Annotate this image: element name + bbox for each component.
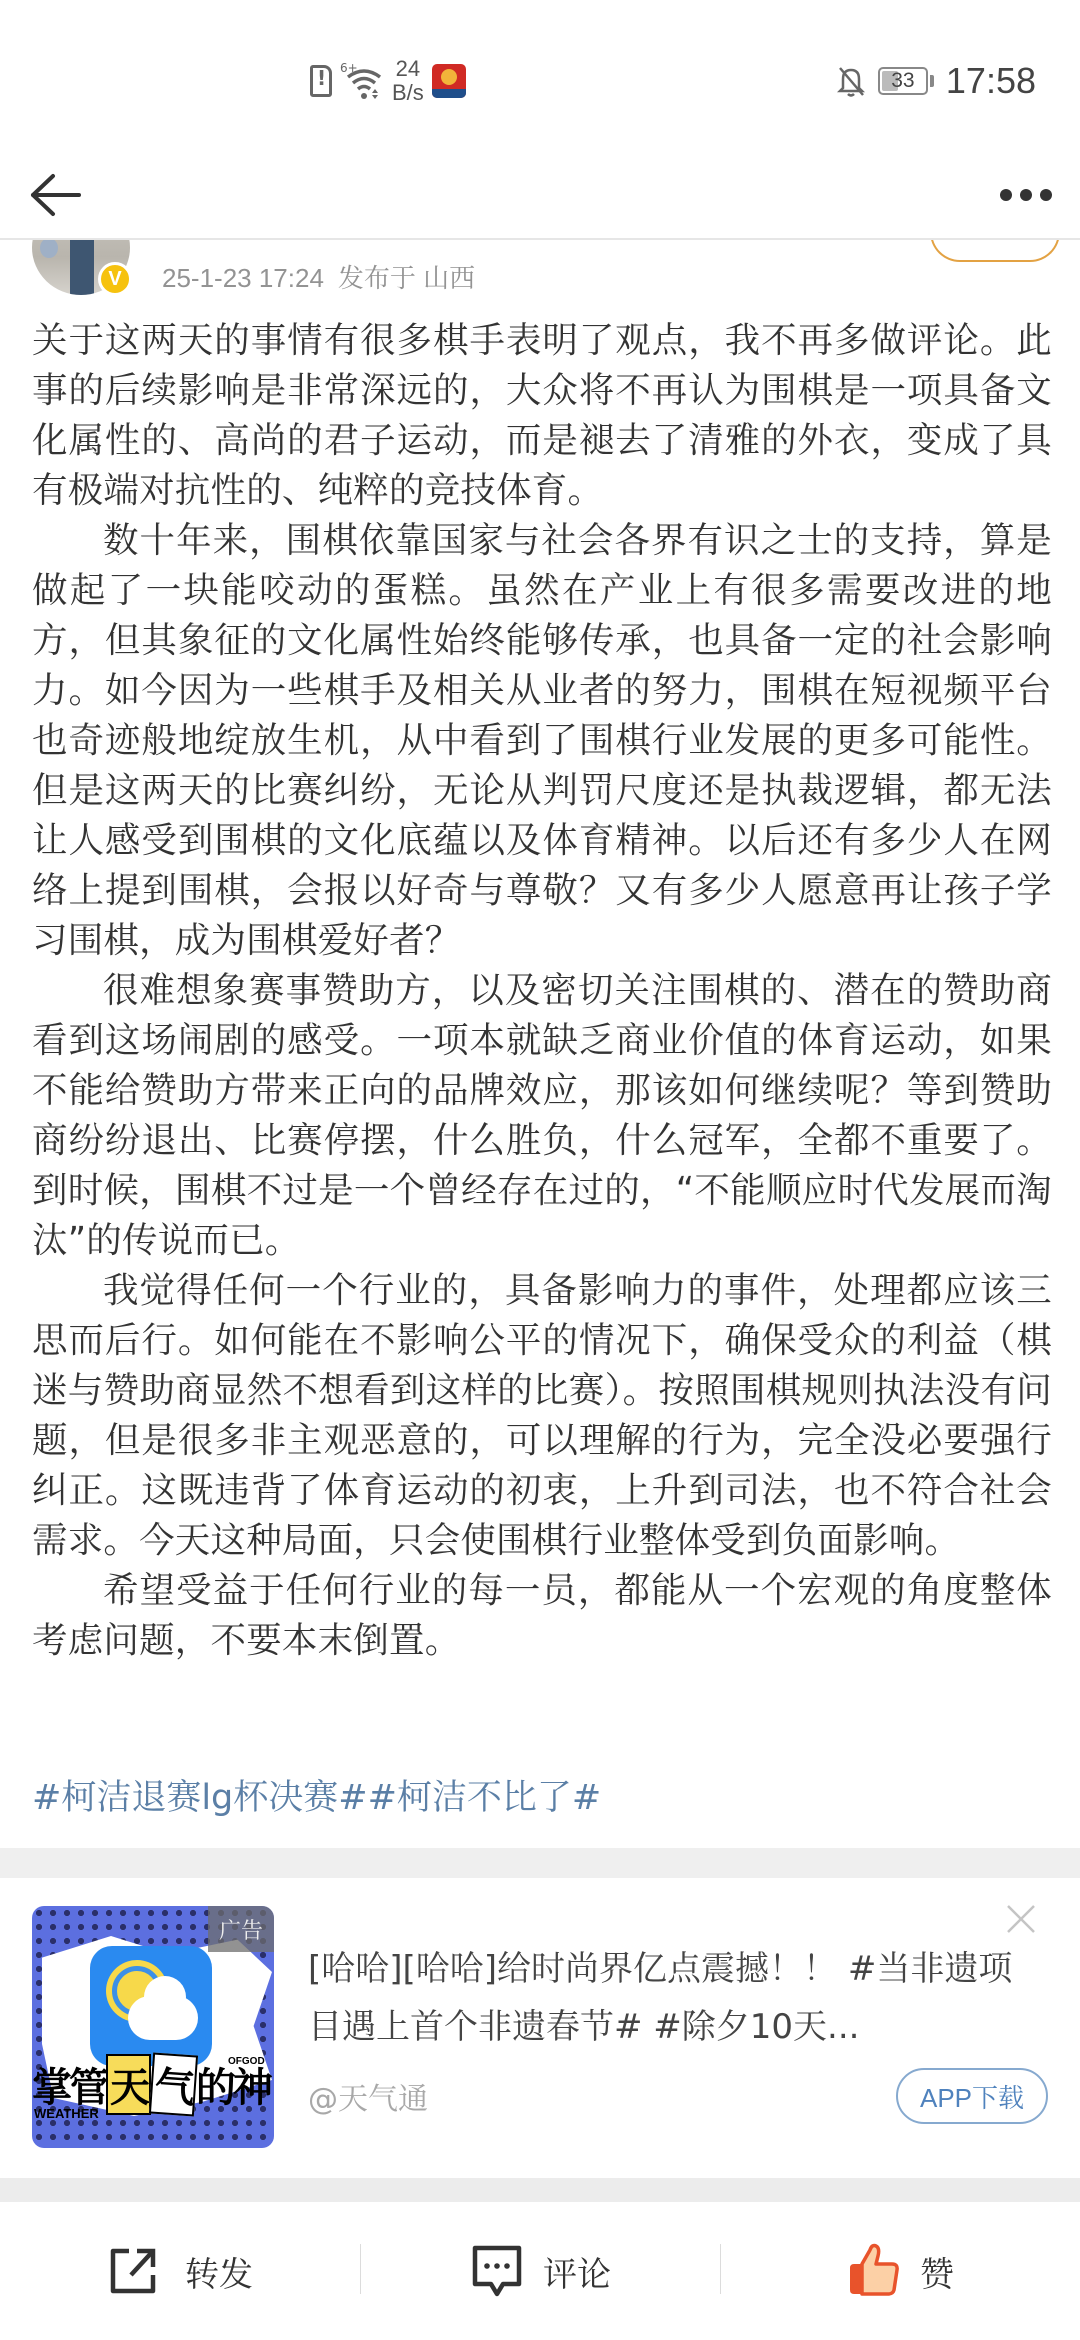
ad-close-button[interactable] [1004, 1902, 1038, 1936]
share-button[interactable]: 转发 [0, 2202, 360, 2340]
hashtag-link[interactable]: #柯洁不比了# [368, 1770, 602, 1820]
ad-label: 广告 [208, 1906, 274, 1952]
post-location: 发布于 山西 [338, 263, 475, 293]
ad-text[interactable]: [哈哈][哈哈]给时尚界亿点震撼！！ #当非遗项目遇上首个非遗春节# #除夕10… [308, 1940, 1028, 2056]
arrow-left-icon [25, 170, 85, 220]
comment-label: 评论 [543, 2247, 611, 2296]
share-icon [107, 2245, 167, 2297]
post-timestamp: 25-1-23 17:24 [162, 263, 324, 293]
bell-muted-icon [836, 64, 866, 98]
hashtag-link[interactable]: #柯洁退赛lg杯决赛# [32, 1770, 368, 1820]
post-paragraph: 我觉得任何一个行业的，具备影响力的事件，处理都应该三思而后行。如何能在不影响公平… [32, 1266, 1052, 1566]
close-icon [1004, 1902, 1038, 1936]
share-label: 转发 [185, 2247, 253, 2296]
battery-tip [930, 75, 934, 87]
like-button[interactable]: 赞 [720, 2202, 1080, 2340]
section-divider [0, 1848, 1080, 1878]
more-options-button[interactable] [986, 160, 1066, 230]
post-paragraph: 希望受益于任何行业的每一员，都能从一个宏观的角度整体考虑问题，不要本末倒置。 [32, 1566, 1052, 1666]
post-meta: 25-1-23 17:24发布于 山西 [162, 258, 475, 295]
post-paragraph: 很难想象赛事赞助方，以及密切关注围棋的、潜在的赞助商看到这场闹剧的感受。一项本就… [32, 966, 1052, 1266]
ad-card[interactable]: OFGOD 掌管天气的神 WEATHER 广告 [哈哈][哈哈]给时尚界亿点震撼… [0, 1878, 1080, 2178]
comment-button[interactable]: 评论 [360, 2202, 720, 2340]
post-body: 关于这两天的事情有很多棋手表明了观点，我不再多做评论。此事的后续影响是非常深远的… [32, 316, 1052, 1666]
top-nav-bar [0, 150, 1080, 240]
weather-app-icon [90, 1946, 212, 2066]
thumbs-up-icon [846, 2242, 902, 2300]
battery-level: 33 [891, 69, 914, 93]
app-download-button[interactable]: APP下载 [896, 2068, 1048, 2124]
hashtag-row: #柯洁退赛lg杯决赛##柯洁不比了# [32, 1770, 601, 1820]
status-indicators: 6+ 24 B/s [310, 56, 466, 106]
net-speed-unit: B/s [392, 81, 424, 105]
like-label: 赞 [920, 2247, 954, 2296]
comment-icon [469, 2244, 525, 2298]
status-bar: 6+ 24 B/s 33 17:58 [0, 0, 1080, 150]
network-speed: 24 B/s [392, 57, 424, 105]
police-app-icon [432, 64, 466, 98]
thumb-tag-weather: WEATHER [34, 2106, 99, 2121]
cloud-icon [128, 1996, 198, 2040]
back-button[interactable] [20, 160, 90, 230]
section-divider [0, 2178, 1080, 2202]
status-right: 33 17:58 [836, 56, 1036, 106]
status-time: 17:58 [946, 60, 1036, 102]
sim-alert-icon [310, 65, 332, 97]
post-paragraph: 数十年来，围棋依靠国家与社会各界有识之士的支持，算是做起了一块能咬动的蛋糕。虽然… [32, 516, 1052, 966]
battery-icon: 33 [878, 67, 928, 95]
ad-thumbnail[interactable]: OFGOD 掌管天气的神 WEATHER 广告 [32, 1906, 274, 2148]
ad-source[interactable]: @天气通 [308, 2074, 428, 2118]
bottom-action-bar: 转发 评论 赞 [0, 2202, 1080, 2340]
post-paragraph: 关于这两天的事情有很多棋手表明了观点，我不再多做评论。此事的后续影响是非常深远的… [32, 316, 1052, 516]
verified-badge-icon: V [98, 262, 132, 296]
author-row: V 25-1-23 17:24发布于 山西 [0, 240, 1080, 310]
wifi-icon: 6+ [340, 61, 384, 101]
more-dots-icon [1000, 189, 1012, 201]
net-speed-value: 24 [396, 57, 420, 81]
